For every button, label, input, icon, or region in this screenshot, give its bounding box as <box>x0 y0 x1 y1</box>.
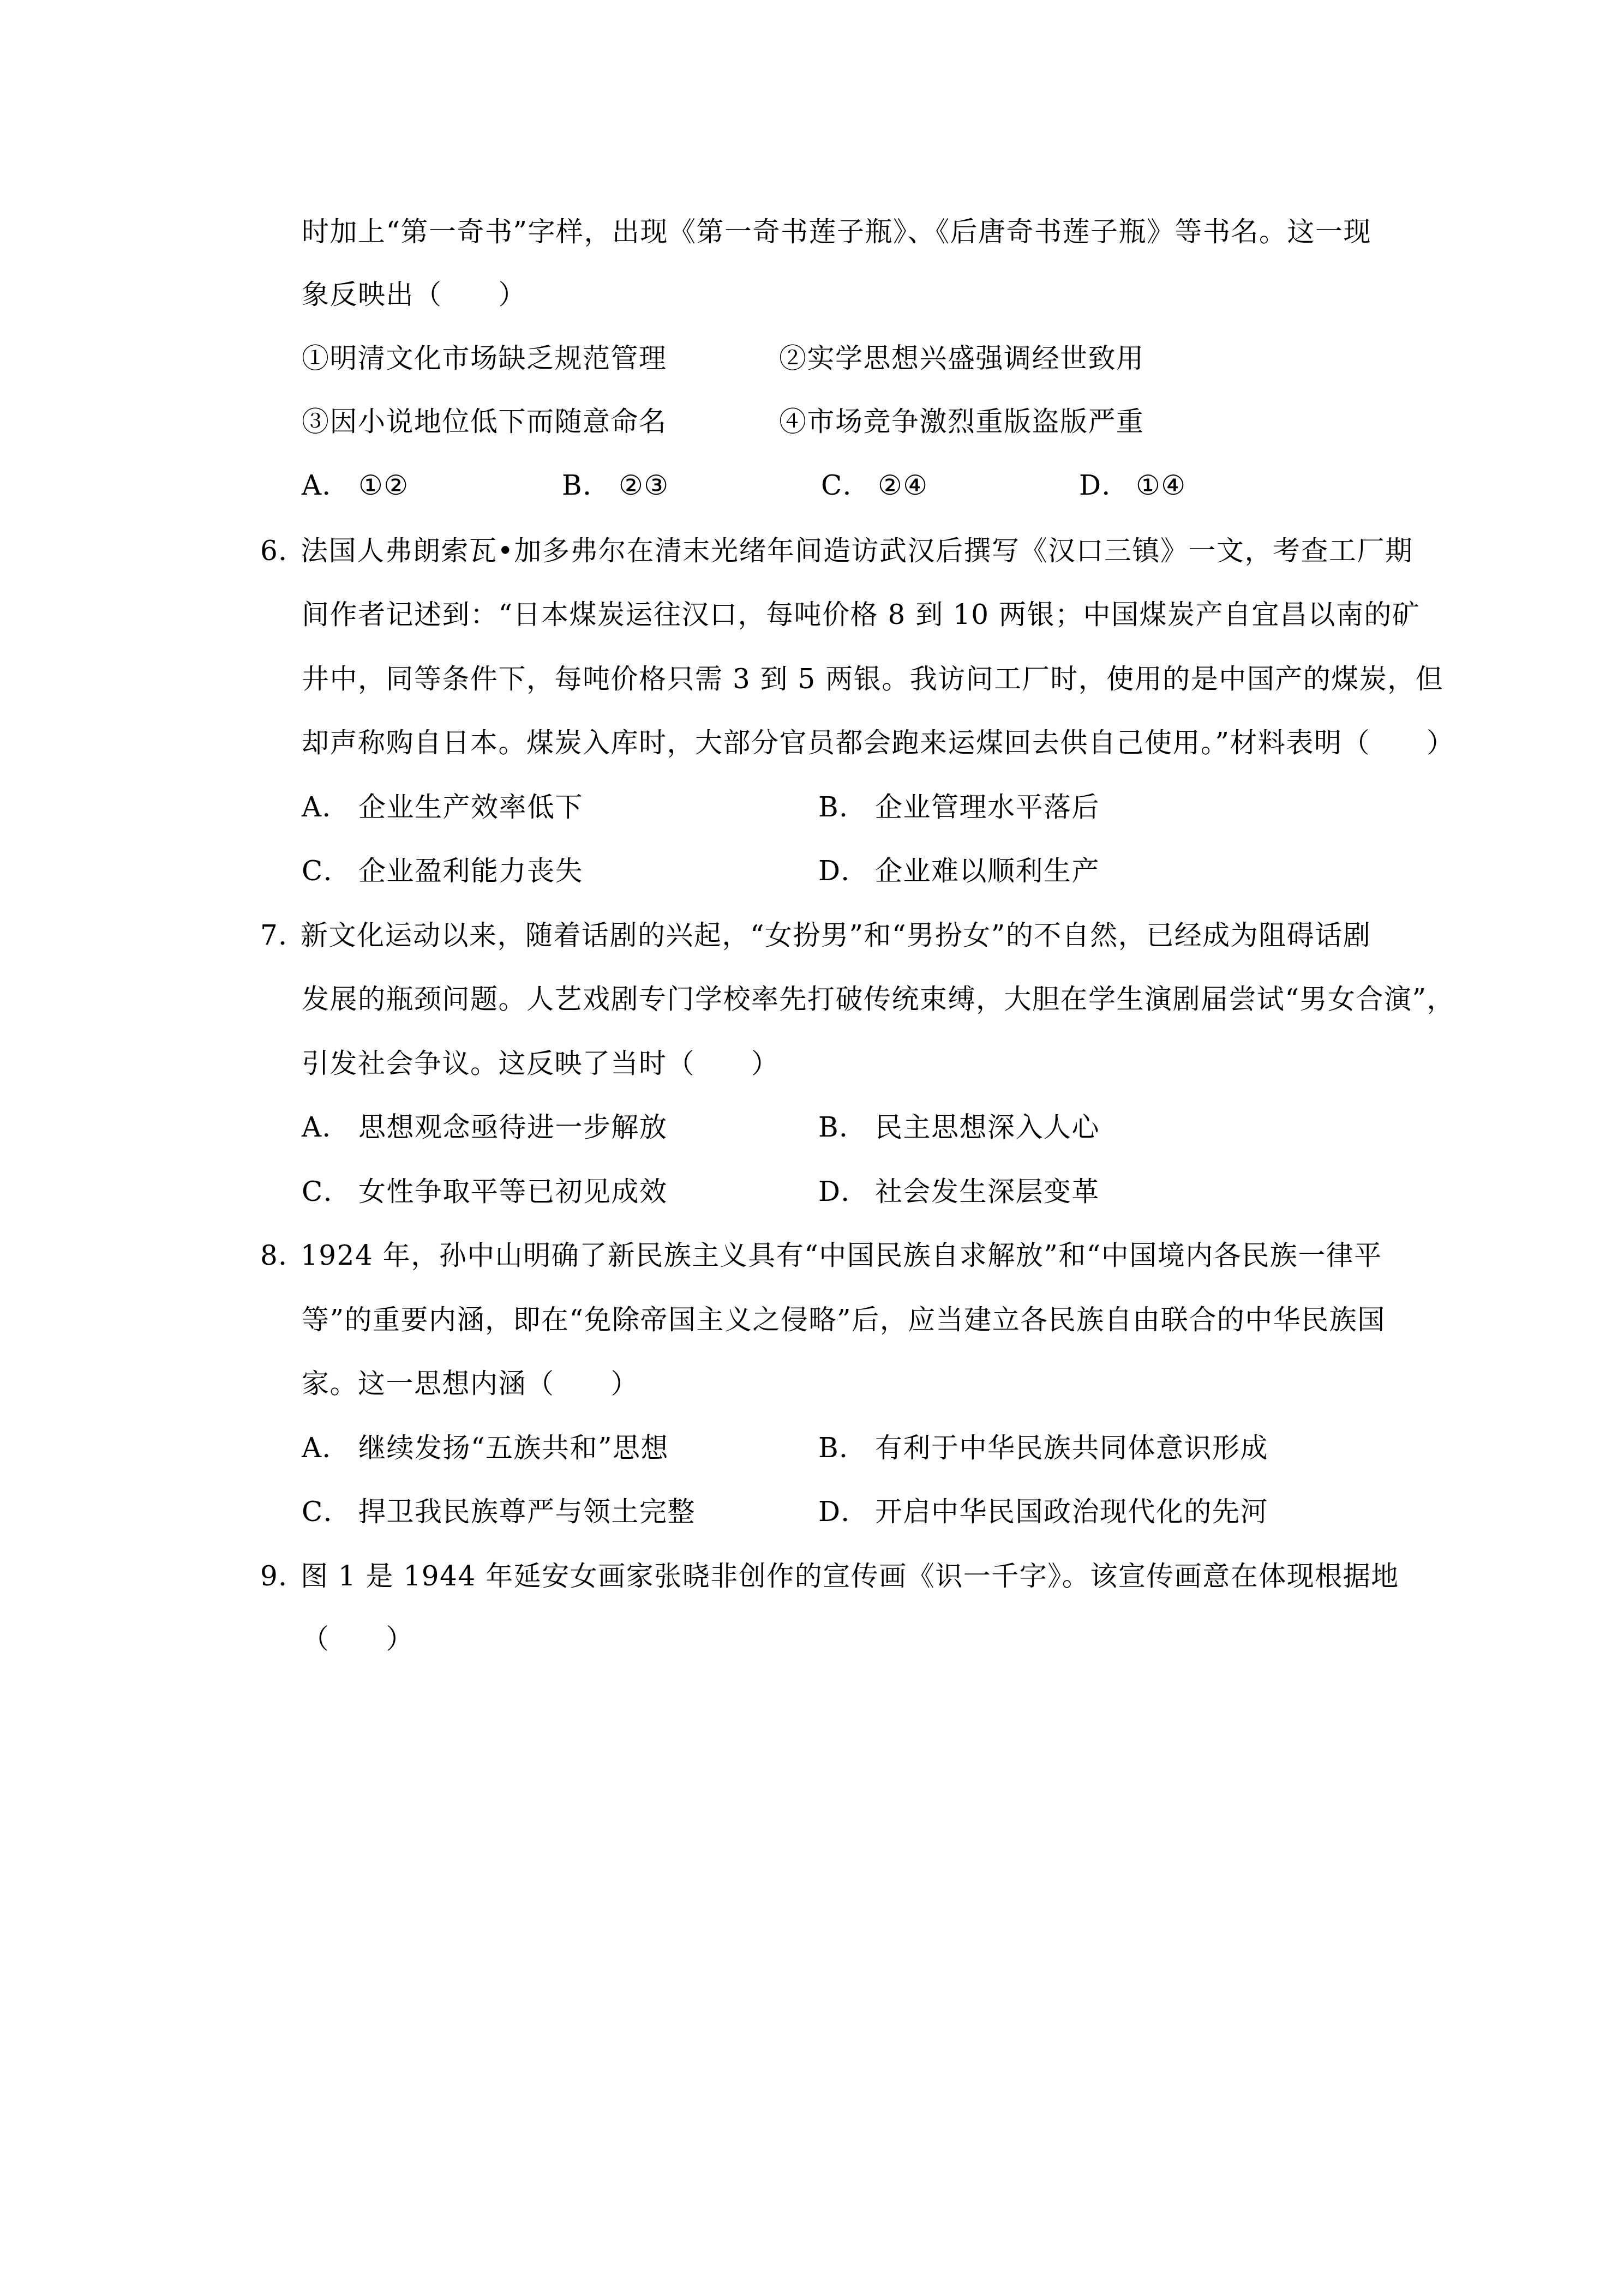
q6-stem-line-1: 6．法国人弗朗索瓦•加多弗尔在清末光绪年间造访武汉后撰写《汉口三镇》一文，考查工… <box>260 529 1413 573</box>
q6-stem-line-3: 井中，同等条件下，每吨价格只需 3 到 5 两银。我访问工厂时，使用的是中国产的… <box>302 657 1443 701</box>
q5-statement-1: ①明清文化市场缺乏规范管理 <box>302 336 667 380</box>
question-text: 法国人弗朗索瓦•加多弗尔在清末光绪年间造访武汉后撰写《汉口三镇》一文，考查工厂期 <box>301 535 1413 567</box>
option-label: A． <box>302 1426 358 1470</box>
option-label: B． <box>818 1426 875 1470</box>
option-label: B． <box>818 1105 875 1149</box>
option-text: 捍卫我民族尊严与领土完整 <box>358 1496 696 1528</box>
question-text: 图 1 是 1944 年延安女画家张晓非创作的宣传画《识一千字》。该宣传画意在体… <box>301 1560 1399 1592</box>
q8-stem-line-3: 家。这一思想内涵（ ） <box>302 1362 639 1405</box>
option-label: C． <box>302 1170 358 1213</box>
q7-option-c[interactable]: C．女性争取平等已初见成效 <box>302 1170 668 1213</box>
q8-stem-line-2: 等”的重要内涵，即在“免除帝国主义之侵略”后，应当建立各民族自由联合的中华民族国 <box>302 1298 1386 1342</box>
option-label: D． <box>818 1490 875 1534</box>
q5-option-a[interactable]: A．①② <box>302 464 409 507</box>
option-label: A． <box>302 464 358 507</box>
option-text: ①④ <box>1136 470 1186 501</box>
option-text: 开启中华民国政治现代化的先河 <box>875 1496 1268 1528</box>
option-label: A． <box>302 785 358 829</box>
q6-option-a[interactable]: A．企业生产效率低下 <box>302 785 583 829</box>
q8-option-a[interactable]: A．继续发扬“五族共和”思想 <box>302 1426 669 1470</box>
option-text: ②③ <box>619 470 669 501</box>
question-text: 1924 年，孙中山明确了新民族主义具有“中国民族自求解放”和“中国境内各民族一… <box>301 1240 1382 1271</box>
option-label: C． <box>302 1490 358 1534</box>
option-text: 思想观念亟待进一步解放 <box>358 1111 668 1143</box>
question-number: 9． <box>260 1554 301 1598</box>
q5-statement-4: ④市场竞争激烈重版盗版严重 <box>779 400 1144 443</box>
option-text: 有利于中华民族共同体意识形成 <box>875 1432 1268 1464</box>
option-label: B． <box>818 785 875 829</box>
q5-stem-line-2: 象反映出（ ） <box>302 273 526 316</box>
question-number: 6． <box>260 529 301 573</box>
q7-option-a[interactable]: A．思想观念亟待进一步解放 <box>302 1105 668 1149</box>
q7-stem-line-2: 发展的瓶颈问题。人艺戏剧专门学校率先打破传统束缚，大胆在学生演剧届尝试“男女合演… <box>302 977 1455 1021</box>
q5-option-c[interactable]: C．②④ <box>821 464 928 507</box>
q9-answer-blank: （ ） <box>302 1617 414 1661</box>
question-number: 8． <box>260 1234 301 1277</box>
option-text: 民主思想深入人心 <box>875 1111 1100 1143</box>
q6-stem-line-2: 间作者记述到：“日本煤炭运往汉口，每吨价格 8 到 10 两银；中国煤炭产自宜昌… <box>302 593 1421 636</box>
q5-statement-2: ②实学思想兴盛强调经世致用 <box>779 336 1144 380</box>
q7-option-b[interactable]: B．民主思想深入人心 <box>818 1105 1100 1149</box>
q7-stem-line-1: 7．新文化运动以来，随着话剧的兴起，“女扮男”和“男扮女”的不自然，已经成为阻碍… <box>260 913 1371 957</box>
option-text: ②④ <box>878 470 928 501</box>
option-text: 继续发扬“五族共和”思想 <box>358 1432 669 1464</box>
option-label: B． <box>562 464 619 507</box>
option-text: 企业盈利能力丧失 <box>358 855 583 887</box>
option-text: 女性争取平等已初见成效 <box>358 1176 668 1207</box>
q5-option-d[interactable]: D．①④ <box>1079 464 1186 507</box>
option-label: D． <box>818 1170 875 1213</box>
option-label: C． <box>821 464 878 507</box>
exam-page: 时加上“第一奇书”字样，出现《第一奇书莲子瓶》、《后唐奇书莲子瓶》等书名。这一现… <box>0 0 1624 2296</box>
option-text: 企业生产效率低下 <box>358 791 583 823</box>
option-text: ①② <box>358 470 409 501</box>
q6-option-b[interactable]: B．企业管理水平落后 <box>818 785 1100 829</box>
option-label: D． <box>818 849 875 893</box>
q9-stem-line-1: 9．图 1 是 1944 年延安女画家张晓非创作的宣传画《识一千字》。该宣传画意… <box>260 1554 1399 1598</box>
q5-option-b[interactable]: B．②③ <box>562 464 669 507</box>
option-label: C． <box>302 849 358 893</box>
q8-option-b[interactable]: B．有利于中华民族共同体意识形成 <box>818 1426 1268 1470</box>
option-text: 社会发生深层变革 <box>875 1176 1100 1207</box>
q5-statement-3: ③因小说地位低下而随意命名 <box>302 400 667 443</box>
option-text: 企业管理水平落后 <box>875 791 1100 823</box>
q8-option-c[interactable]: C．捍卫我民族尊严与领土完整 <box>302 1490 696 1534</box>
q6-option-d[interactable]: D．企业难以顺利生产 <box>818 849 1100 893</box>
q6-option-c[interactable]: C．企业盈利能力丧失 <box>302 849 583 893</box>
q5-stem-line-1: 时加上“第一奇书”字样，出现《第一奇书莲子瓶》、《后唐奇书莲子瓶》等书名。这一现 <box>302 210 1371 254</box>
q8-stem-line-1: 8．1924 年，孙中山明确了新民族主义具有“中国民族自求解放”和“中国境内各民… <box>260 1234 1382 1277</box>
option-label: A． <box>302 1105 358 1149</box>
q8-option-d[interactable]: D．开启中华民国政治现代化的先河 <box>818 1490 1268 1534</box>
question-text: 新文化运动以来，随着话剧的兴起，“女扮男”和“男扮女”的不自然，已经成为阻碍话剧 <box>301 919 1371 951</box>
question-number: 7． <box>260 913 301 957</box>
q7-stem-line-3: 引发社会争议。这反映了当时（ ） <box>302 1042 780 1085</box>
q6-stem-line-4: 却声称购自日本。煤炭入库时，大部分官员都会跑来运煤回去供自己使用。”材料表明（ … <box>302 721 1455 765</box>
option-text: 企业难以顺利生产 <box>875 855 1100 887</box>
q7-option-d[interactable]: D．社会发生深层变革 <box>818 1170 1100 1213</box>
option-label: D． <box>1079 464 1136 507</box>
